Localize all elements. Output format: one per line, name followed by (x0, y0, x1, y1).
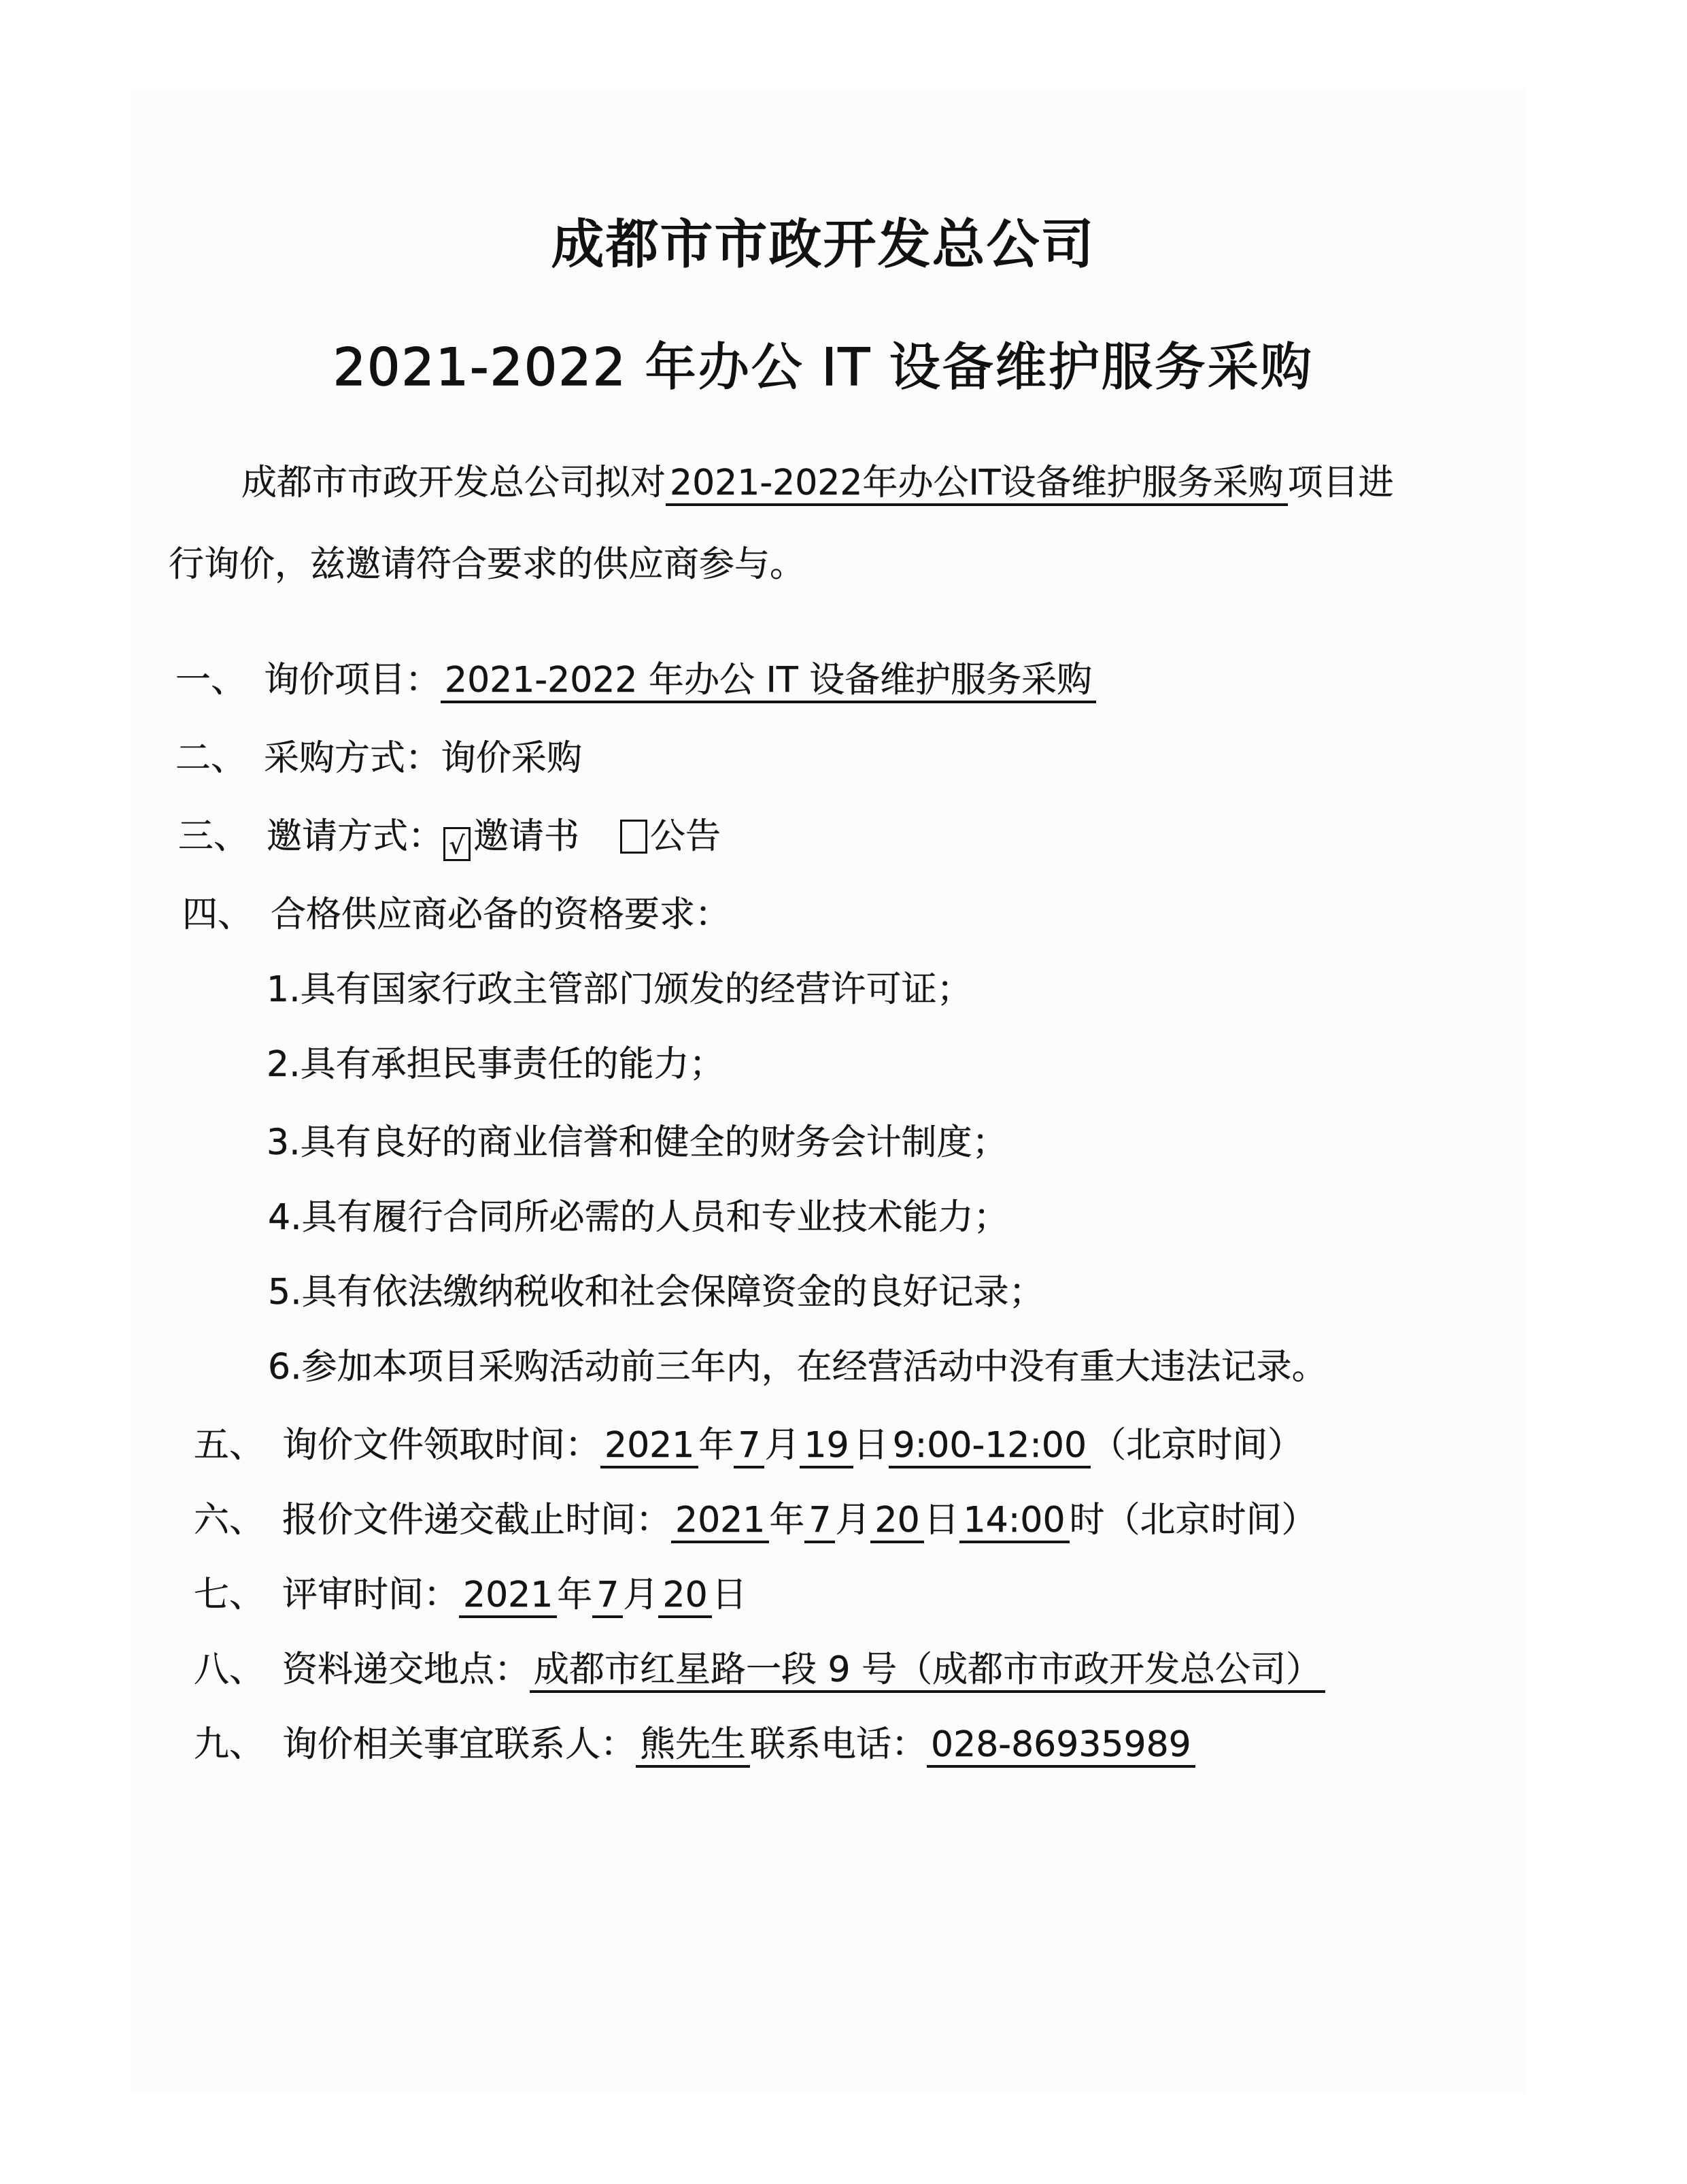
item-document-pickup-time: 五、询价文件领取时间：2021年7月19日9:00-12:00（北京时间） (194, 1422, 1303, 1469)
year-unit: 年 (769, 1500, 804, 1541)
item-contact: 九、询价相关事宜联系人：熊先生联系电话：028-86935989 (194, 1721, 1195, 1768)
item-label: 询价项目： (264, 660, 441, 701)
time-unit: 时 (1070, 1500, 1105, 1541)
item-label: 评审时间： (282, 1575, 459, 1615)
month-unit: 月 (623, 1575, 658, 1615)
item-label: 采购方式： (264, 738, 441, 779)
item-qualification-heading: 四、合格供应商必备的资格要求： (182, 891, 730, 939)
requirement-item: 3.具有良好的商业信誉和健全的财务会计制度； (267, 1119, 1008, 1166)
title-company: 成都市市政开发总公司 (0, 211, 1667, 279)
month-value: 7 (804, 1500, 835, 1543)
item-number: 九、 (194, 1721, 282, 1768)
intro-line-1: 成都市市政开发总公司拟对2021-2022年办公IT设备维护服务采购项目进 (241, 459, 1394, 507)
requirement-item: 2.具有承担民事责任的能力； (267, 1041, 725, 1088)
item-label: 询价文件领取时间： (282, 1425, 600, 1466)
item-label: 合格供应商必备的资格要求： (271, 894, 730, 935)
day-value: 20 (870, 1500, 923, 1543)
item-invitation-method: 三、邀请方式：√邀请书公告 (178, 813, 721, 861)
timezone: （北京时间） (1091, 1425, 1303, 1466)
item-number: 二、 (175, 735, 264, 782)
item-submission-location: 八、资料递交地点：成都市红星路一段 9 号（成都市市政开发总公司） (194, 1646, 1325, 1694)
checkbox-announcement[interactable] (620, 820, 647, 854)
month-unit: 月 (764, 1425, 800, 1466)
option-label: 公告 (650, 816, 721, 857)
phone-label: 联系电话： (750, 1724, 927, 1765)
phone-number: 028-86935989 (927, 1724, 1195, 1768)
requirement-item: 5.具有依法缴纳税收和社会保障资金的良好记录； (268, 1269, 1044, 1316)
time-value: 14:00 (959, 1500, 1070, 1543)
item-inquiry-project: 一、询价项目：2021-2022 年办公 IT 设备维护服务采购 (175, 656, 1096, 704)
requirement-item: 6.参加本项目采购活动前三年内，在经营活动中没有重大违法记录。 (268, 1343, 1327, 1391)
day-unit: 日 (712, 1575, 747, 1615)
item-value: 2021-2022 年办公 IT 设备维护服务采购 (441, 660, 1096, 703)
year-value: 2021 (600, 1425, 698, 1468)
item-number: 八、 (194, 1646, 282, 1694)
intro-line-2: 行询价，兹邀请符合要求的供应商参与。 (169, 541, 805, 588)
time-value: 9:00-12:00 (889, 1425, 1091, 1468)
item-number: 一、 (175, 656, 264, 704)
month-value: 7 (592, 1575, 623, 1618)
item-number: 六、 (194, 1496, 282, 1544)
year-unit: 年 (557, 1575, 592, 1615)
item-number: 三、 (178, 813, 267, 860)
intro-suffix: 项目进 (1288, 463, 1394, 503)
item-value: 询价采购 (441, 738, 582, 779)
item-quotation-deadline: 六、报价文件递交截止时间：2021年7月20日14:00时（北京时间） (194, 1496, 1317, 1544)
item-label: 邀请方式： (267, 816, 443, 857)
day-value: 20 (658, 1575, 711, 1618)
day-value: 19 (800, 1425, 853, 1468)
contact-name: 熊先生 (636, 1724, 750, 1768)
day-unit: 日 (924, 1500, 959, 1541)
item-number: 四、 (182, 891, 271, 939)
title-project: 2021-2022 年办公 IT 设备维护服务采购 (0, 333, 1667, 401)
checkbox-invitation-letter[interactable]: √ (443, 827, 471, 861)
item-label: 资料递交地点： (282, 1649, 530, 1690)
requirement-item: 1.具有国家行政主管部门颁发的经营许可证； (267, 966, 972, 1013)
requirement-item: 4.具有履行合同所必需的人员和专业技术能力； (268, 1194, 1009, 1241)
year-value: 2021 (671, 1500, 769, 1543)
item-number: 五、 (194, 1422, 282, 1469)
item-label: 询价相关事宜联系人： (282, 1724, 636, 1765)
location-value: 成都市红星路一段 9 号（成都市市政开发总公司） (530, 1649, 1325, 1693)
intro-project-name: 2021-2022年办公IT设备维护服务采购 (666, 463, 1288, 506)
item-number: 七、 (194, 1571, 282, 1619)
year-value: 2021 (459, 1575, 557, 1618)
day-unit: 日 (853, 1425, 889, 1466)
year-unit: 年 (698, 1425, 734, 1466)
month-value: 7 (734, 1425, 764, 1468)
option-label: 邀请书 (473, 816, 579, 857)
timezone: （北京时间） (1105, 1500, 1317, 1541)
month-unit: 月 (835, 1500, 870, 1541)
intro-prefix: 成都市市政开发总公司拟对 (241, 463, 666, 503)
item-procurement-method: 二、采购方式：询价采购 (175, 735, 582, 782)
item-label: 报价文件递交截止时间： (282, 1500, 671, 1541)
item-review-time: 七、评审时间：2021年7月20日 (194, 1571, 747, 1619)
